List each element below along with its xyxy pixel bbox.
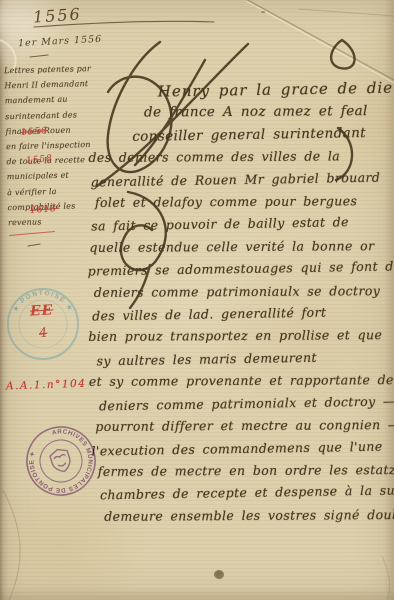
manuscript-line: l'execution des commandemens que l'une [91,435,391,462]
manuscript-line: demeure ensemble les vostres signé doubt… [104,504,392,528]
blue-round-stamp: ★ PONTOISE ★ [2,283,84,365]
manuscript-line: premiers se adommestouages qui se font d… [87,256,389,283]
manuscript-line: bien prouz transportez en prollise et qu… [88,325,390,349]
manuscript-line: chambres de recepte et despense à la sui… [100,480,392,507]
date-annotation: 1er Mars 1556 [18,34,103,49]
manuscript-line: et sy comme provenante et rapportante de… [89,369,391,393]
red-strikethrough [9,231,55,236]
paper-speck [261,11,265,13]
manuscript-line: pourront differer et mectre au congnien … [95,414,391,438]
manuscript-line: conseiller general surintendant [132,121,388,148]
archive-year-annotation: 1556 [32,4,82,26]
old-shelfmark-number: 4 [38,326,48,342]
manuscript-line: Henry par la grace de dieu Roy [158,77,388,103]
red-date-correction: 1618 [30,204,58,216]
shelfmark-annotation: A.A.1.n°104 [6,378,87,393]
ink-blot [213,569,225,581]
manuscript-body: Henry par la grace de dieu Roy de france… [86,77,393,528]
manuscript-page: 1556 1er Mars 1556 Lettres patentes par … [0,0,394,600]
old-shelfmark-letters: EE [30,302,54,319]
manuscript-line: de france A noz amez et feal [144,100,388,124]
manuscript-line: des deniers comme des villes de la [88,145,388,169]
stamp-coat-of-arms [49,447,73,474]
red-date-correction: 1556 [21,126,49,138]
manuscript-line: sa fait ce pouvoir de bailly estat de [91,211,389,238]
